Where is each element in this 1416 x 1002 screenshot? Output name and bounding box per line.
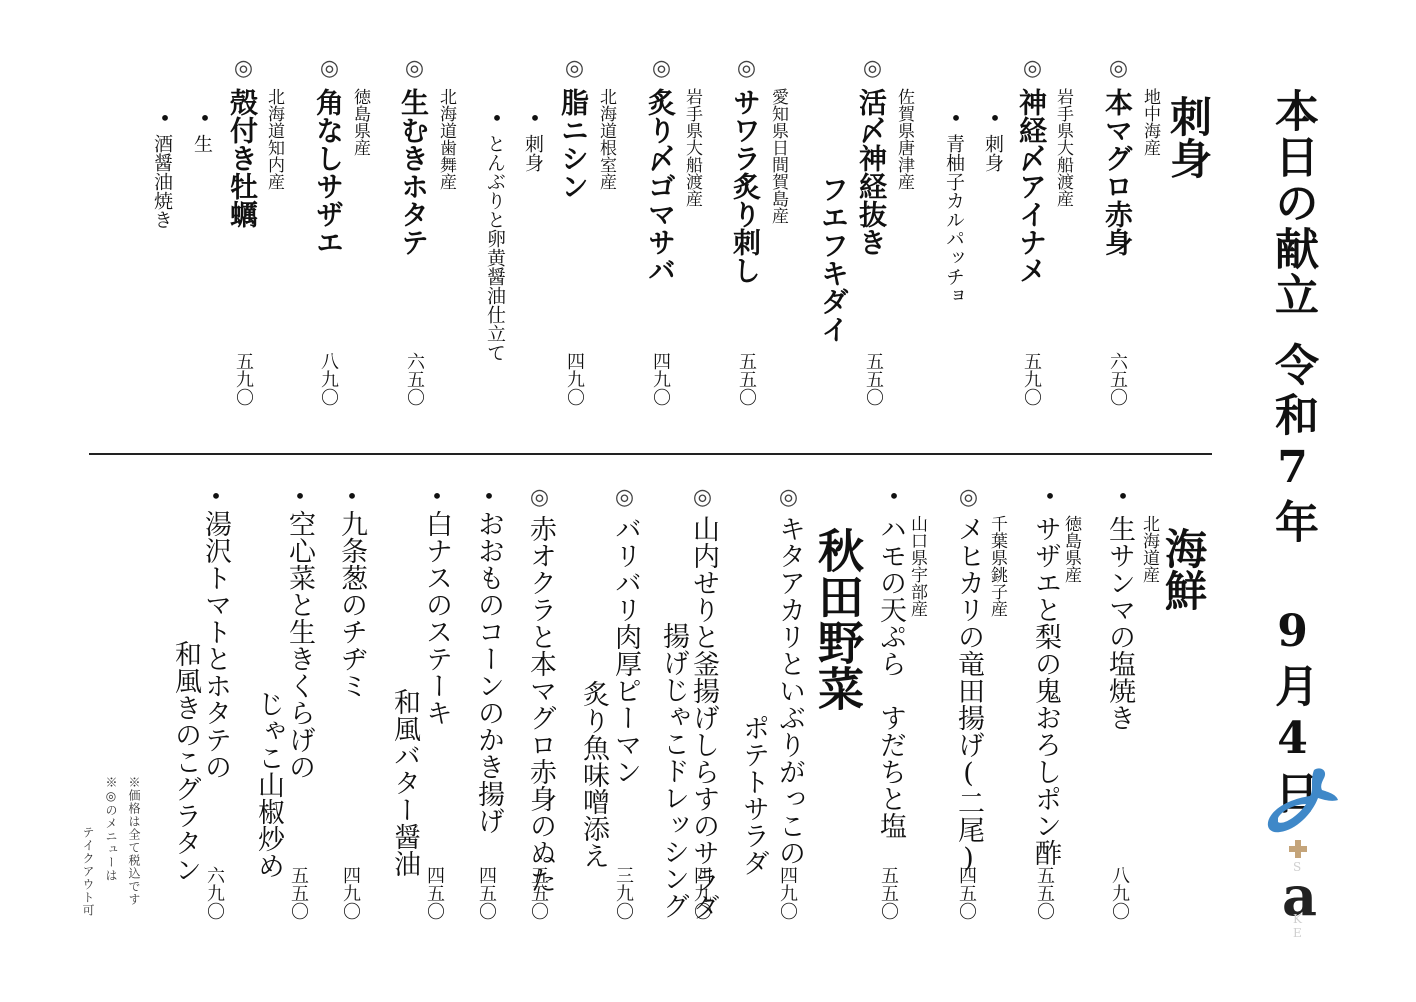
menu-title: 本日の献立 xyxy=(1270,88,1314,318)
item-origin: 愛知県日間賀島産 xyxy=(769,88,786,224)
note-takeout-cont: テイクアウト可 xyxy=(82,826,94,917)
item-name-line2: じゃこ山椒炒め xyxy=(255,690,282,879)
bullet-icon: • xyxy=(155,106,175,130)
item-option: 酒醤油焼き xyxy=(152,134,171,229)
item-name: 湯沢トマトとホタテの xyxy=(202,510,229,780)
item-price: 八九〇 xyxy=(319,352,337,406)
section-title-seafood: 海鮮 xyxy=(1162,527,1204,611)
double-circle-icon: ◎ xyxy=(1021,56,1043,81)
item-price: 六九〇 xyxy=(205,866,223,920)
bullet-icon: • xyxy=(206,484,226,508)
item-origin: 徳島県産 xyxy=(1062,515,1079,583)
bullet-icon: • xyxy=(342,484,362,508)
double-circle-icon: ◎ xyxy=(563,56,585,81)
section-title-akita-vegetables: 秋田野菜 xyxy=(815,527,861,711)
item-origin: 岩手県大船渡産 xyxy=(1054,88,1071,207)
item-name: キタアカリといぶりがっこの xyxy=(776,515,803,866)
item-origin: 山口県宇部産 xyxy=(908,515,925,617)
item-name: 山内せりと釜揚げしらすのサラダ xyxy=(690,515,717,920)
bullet-icon: • xyxy=(884,484,904,508)
logo: S a K E xyxy=(1262,762,1342,942)
double-circle-icon: ◎ xyxy=(650,56,672,81)
item-name-line2: ポテトサラダ xyxy=(740,714,767,876)
item-option: 生 xyxy=(192,134,211,153)
item-name: 空心菜と生きくらげの xyxy=(286,510,313,780)
item-price: 四九〇 xyxy=(692,866,710,920)
double-circle-icon: ◎ xyxy=(735,56,757,81)
bullet-icon: • xyxy=(525,106,545,130)
item-price: 五五〇 xyxy=(737,352,755,406)
item-name: 活〆神経抜き xyxy=(857,88,885,256)
bullet-icon: • xyxy=(985,106,1005,130)
item-name: ハモの天ぷら すだちと塩 xyxy=(877,515,904,839)
item-name: サザエと梨の鬼おろしポン酢 xyxy=(1032,515,1059,866)
item-name: 殻付き牡蠣 xyxy=(228,88,256,228)
item-price: 四五〇 xyxy=(425,866,443,920)
double-circle-icon: ◎ xyxy=(613,485,635,510)
item-name: 生むきホタテ xyxy=(399,88,427,256)
plus-icon xyxy=(1289,840,1307,858)
item-origin: 岩手県大船渡産 xyxy=(683,88,700,207)
double-circle-icon: ◎ xyxy=(403,56,425,81)
item-price: 五五〇 xyxy=(864,352,882,406)
double-circle-icon: ◎ xyxy=(318,56,340,81)
item-origin: 北海道産 xyxy=(1140,515,1157,583)
double-circle-icon: ◎ xyxy=(957,485,979,510)
item-price: 五九〇 xyxy=(1022,352,1040,406)
note-tax-included: ※価格は全て税込です xyxy=(128,776,140,906)
item-price: 四五〇 xyxy=(477,866,495,920)
item-origin: 北海道知内産 xyxy=(265,88,282,190)
item-option: 青柚子カルパッチョ xyxy=(944,134,963,305)
bullet-icon: • xyxy=(195,106,215,130)
note-takeout: ※◎のメニューは xyxy=(105,776,117,882)
section-title-sashimi: 刺身 xyxy=(1167,95,1209,179)
item-name: メヒカリの竜田揚げ(二尾) xyxy=(955,515,982,874)
item-name: 脂ニシン xyxy=(559,88,587,200)
item-name-line2: 炙り魚味噌添え xyxy=(580,680,607,869)
menu-date: 令和7年 9月4日 xyxy=(1270,342,1314,820)
item-price: 四九〇 xyxy=(565,352,583,406)
item-price: 三九〇 xyxy=(614,866,632,920)
logo-letter-k: K xyxy=(1293,912,1302,926)
item-origin: 佐賀県唐津産 xyxy=(895,88,912,190)
item-name-line2: 揚げじゃこドレッシング xyxy=(660,622,687,919)
bullet-icon: • xyxy=(487,106,507,130)
item-name: バリバリ肉厚ピーマン xyxy=(612,515,639,785)
item-name-line2: 和風バター醤油 xyxy=(391,688,418,877)
item-name: 白ナスのステーキ xyxy=(423,510,450,726)
item-price: 四九〇 xyxy=(651,352,669,406)
item-name: 神経〆アイナメ xyxy=(1017,88,1045,284)
item-option: とんぶりと卵黄醤油仕立て xyxy=(485,134,504,362)
double-circle-icon: ◎ xyxy=(777,485,799,510)
bullet-icon: • xyxy=(1040,484,1060,508)
logo-letter-e: E xyxy=(1293,926,1302,940)
bullet-icon: • xyxy=(946,106,966,130)
item-name: 角なしサザエ xyxy=(314,88,342,256)
item-price: 四五〇 xyxy=(957,866,975,920)
item-price: 五五〇 xyxy=(289,866,307,920)
double-circle-icon: ◎ xyxy=(861,56,883,81)
item-name: 本マグロ赤身 xyxy=(1103,88,1131,256)
item-price: 六五〇 xyxy=(405,352,423,406)
bullet-icon: • xyxy=(290,484,310,508)
item-name-line2: フエフキダイ xyxy=(819,175,847,343)
item-price: 五五〇 xyxy=(529,866,547,920)
item-origin: 北海道歯舞産 xyxy=(437,88,454,190)
double-circle-icon: ◎ xyxy=(528,485,550,510)
item-origin: 地中海産 xyxy=(1141,88,1158,156)
item-price: 五九〇 xyxy=(234,352,252,406)
fish-logo-icon xyxy=(1262,762,1342,842)
item-origin: 徳島県産 xyxy=(351,88,368,156)
double-circle-icon: ◎ xyxy=(1107,56,1129,81)
bullet-icon: • xyxy=(427,484,447,508)
item-price: 五五〇 xyxy=(1035,866,1053,920)
bullet-icon: • xyxy=(479,484,499,508)
item-name: 炙り〆ゴマサバ xyxy=(646,88,674,284)
item-name: おおものコーンのかき揚げ xyxy=(475,510,502,834)
item-option: 刺身 xyxy=(983,134,1002,172)
item-price: 四九〇 xyxy=(778,866,796,920)
item-name: サワラ炙り刺し xyxy=(731,88,759,284)
item-option: 刺身 xyxy=(523,134,542,172)
item-price: 四九〇 xyxy=(341,866,359,920)
double-circle-icon: ◎ xyxy=(232,56,254,81)
item-price: 五五〇 xyxy=(879,866,897,920)
item-origin: 北海道根室産 xyxy=(597,88,614,190)
item-name: 九条葱のチヂミ xyxy=(338,510,365,699)
item-origin: 千葉県銚子産 xyxy=(988,515,1005,617)
bullet-icon: • xyxy=(1113,484,1133,508)
item-name: 赤オクラと本マグロ赤身のぬた xyxy=(527,515,554,893)
item-price: 六五〇 xyxy=(1108,352,1126,406)
double-circle-icon: ◎ xyxy=(691,485,713,510)
item-name: 生サンマの塩焼き xyxy=(1106,515,1133,731)
section-divider xyxy=(89,453,1212,455)
item-price: 八九〇 xyxy=(1110,866,1128,920)
item-name-line2: 和風きのこグラタン xyxy=(172,640,199,883)
